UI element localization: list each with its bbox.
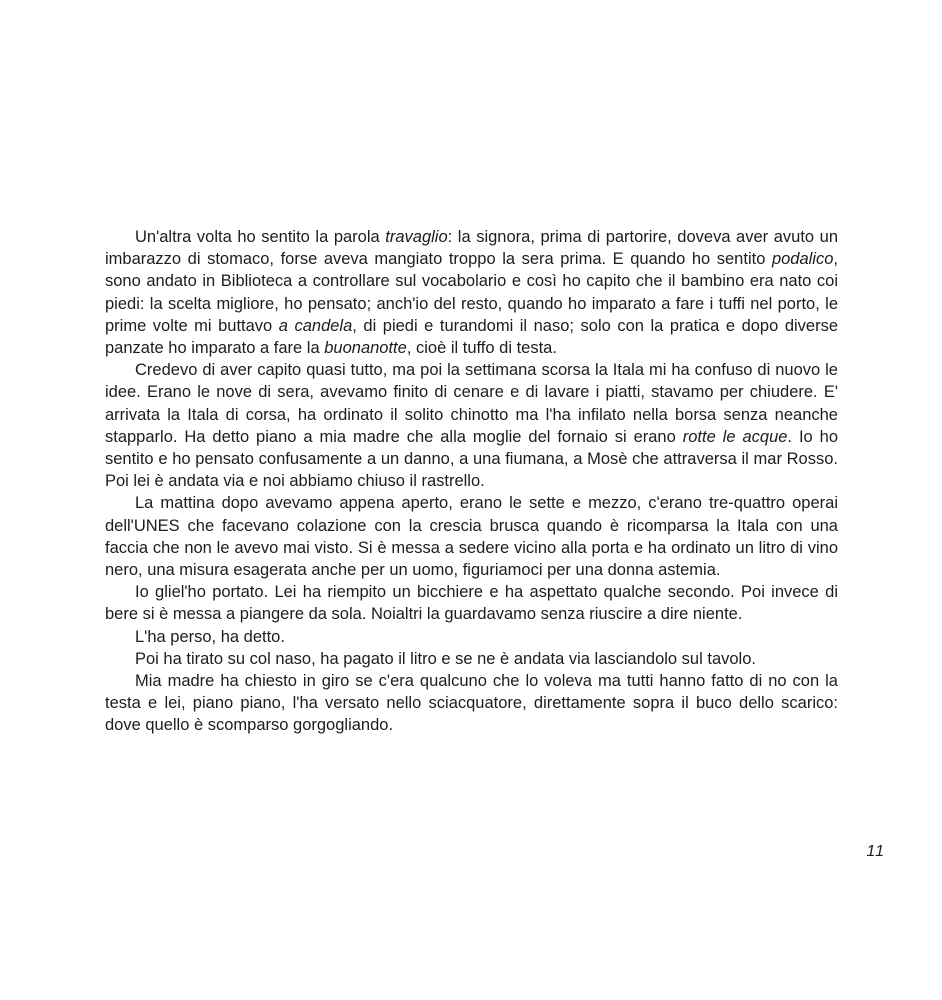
text-run: La mattina dopo avevamo appena aperto, e…: [105, 494, 838, 579]
italic-term: a candela: [279, 317, 353, 335]
text-run: Un'altra volta ho sentito la parola: [135, 228, 385, 246]
text-run: Io gliel'ho portato. Lei ha riempito un …: [105, 583, 838, 623]
italic-term: rotte le acque: [683, 428, 788, 446]
text-run: Mia madre ha chiesto in giro se c'era qu…: [105, 672, 838, 734]
page-number: 11: [866, 843, 885, 861]
body-text: Un'altra volta ho sentito la parola trav…: [105, 226, 838, 737]
paragraph: Poi ha tirato su col naso, ha pagato il …: [105, 648, 838, 670]
italic-term: travaglio: [385, 228, 447, 246]
text-run: L'ha perso, ha detto.: [135, 628, 285, 646]
paragraph: L'ha perso, ha detto.: [105, 626, 838, 648]
paragraph: Credevo di aver capito quasi tutto, ma p…: [105, 359, 838, 492]
italic-term: podalico: [772, 250, 833, 268]
paragraph: Io gliel'ho portato. Lei ha riempito un …: [105, 581, 838, 625]
paragraph: Un'altra volta ho sentito la parola trav…: [105, 226, 838, 359]
text-run: Poi ha tirato su col naso, ha pagato il …: [135, 650, 756, 668]
text-run: , cioè il tuffo di testa.: [407, 339, 557, 357]
book-page: Un'altra volta ho sentito la parola trav…: [0, 0, 942, 1000]
paragraph: La mattina dopo avevamo appena aperto, e…: [105, 492, 838, 581]
italic-term: buonanotte: [324, 339, 407, 357]
paragraph: Mia madre ha chiesto in giro se c'era qu…: [105, 670, 838, 737]
